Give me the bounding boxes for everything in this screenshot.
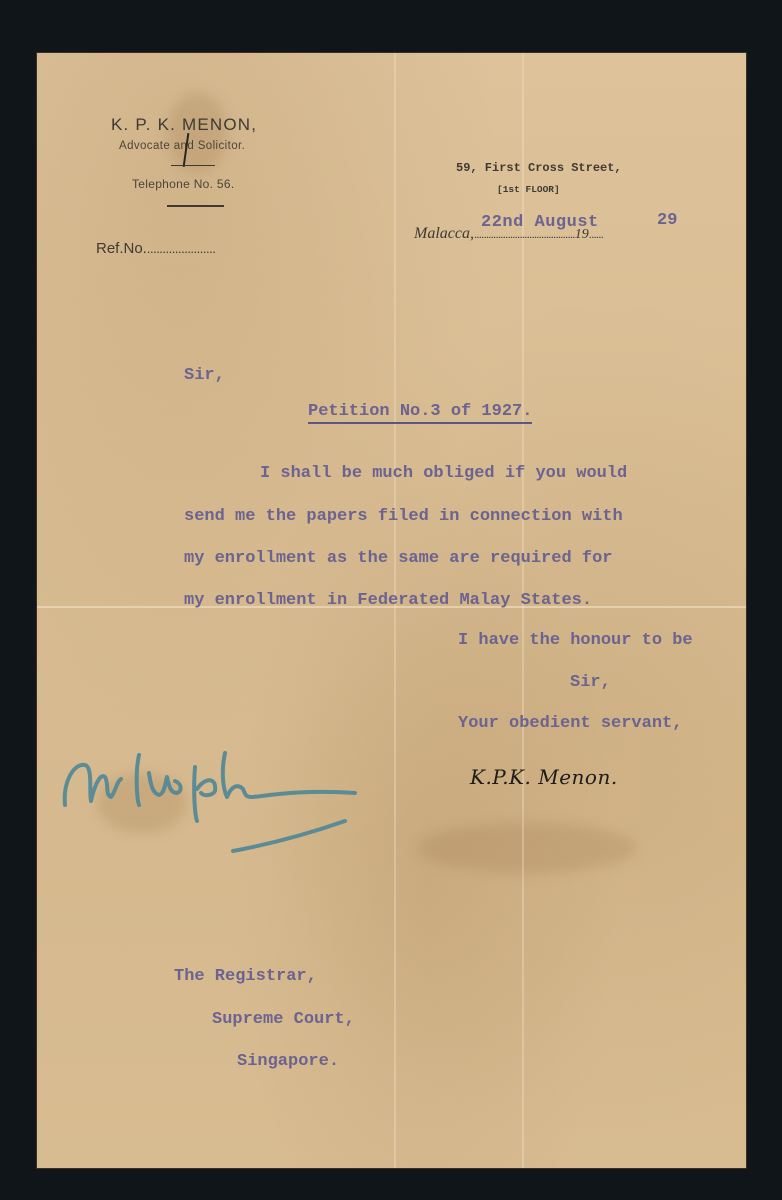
body-line: send me the papers filed in connection w… bbox=[184, 507, 623, 526]
letterhead-divider bbox=[167, 205, 224, 207]
document-frame: K. P. K. MENON, Advocate and Solicitor. … bbox=[0, 0, 782, 1200]
place-name: Malacca, bbox=[414, 225, 474, 242]
closing-line: I have the honour to be bbox=[458, 631, 693, 650]
addressee-line: The Registrar, bbox=[174, 967, 317, 986]
address-line-1: 59, First Cross Street, bbox=[456, 161, 622, 175]
address-line-2: [1st FLOOR] bbox=[497, 184, 560, 195]
typed-year: 29 bbox=[657, 211, 677, 230]
addressee-line: Singapore. bbox=[237, 1052, 339, 1071]
typed-date: 22nd August bbox=[481, 213, 599, 232]
body-line: my enrollment in Federated Malay States. bbox=[184, 591, 592, 610]
salutation: Sir, bbox=[184, 366, 225, 385]
reference-dots: ...................... bbox=[147, 241, 215, 256]
letterhead-divider bbox=[171, 165, 215, 166]
reference-number: Ref.No....................... bbox=[96, 240, 215, 257]
letterhead-title: Advocate and Solicitor. bbox=[119, 140, 245, 152]
handwritten-signature: K.P.K. Menon. bbox=[470, 765, 618, 789]
letterhead-telephone: Telephone No. 56. bbox=[132, 177, 235, 191]
closing-line: Sir, bbox=[570, 673, 611, 692]
letterhead-name: K. P. K. MENON, bbox=[111, 115, 257, 135]
body-line: my enrollment as the same are required f… bbox=[184, 549, 612, 568]
subject-line: Petition No.3 of 1927. bbox=[308, 402, 532, 424]
reference-label: Ref.No. bbox=[96, 240, 147, 257]
blue-ink-signature-icon bbox=[55, 743, 375, 863]
body-line: I shall be much obliged if you would bbox=[260, 464, 627, 483]
addressee-line: Supreme Court, bbox=[212, 1010, 355, 1029]
closing-line: Your obedient servant, bbox=[458, 714, 682, 733]
stain bbox=[417, 823, 637, 873]
letter-paper: K. P. K. MENON, Advocate and Solicitor. … bbox=[37, 53, 746, 1168]
fold-line-vertical bbox=[394, 53, 396, 1168]
